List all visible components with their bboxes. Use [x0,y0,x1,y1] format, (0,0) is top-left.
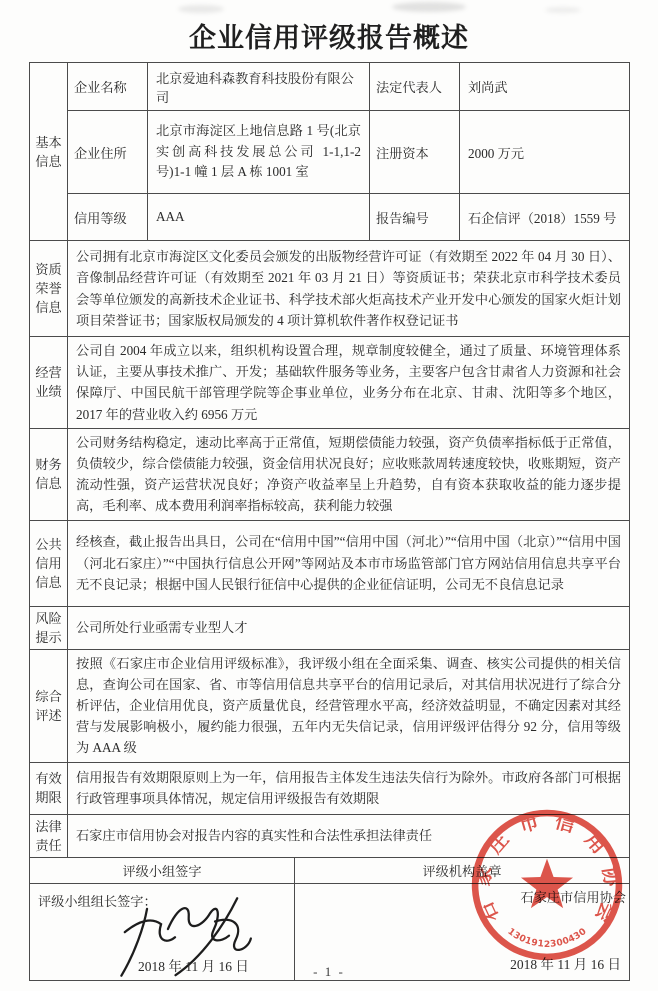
team-signature-header: 评级小组签字 [30,857,295,883]
section-label-public-credit-info: 公共信用信息 [30,520,68,606]
table-row: 企业住所 北京市海淀区上地信息路 1 号(北京实创高科技发展总公司 1-1,1-… [30,111,630,194]
report-body: 基本信息 企业名称 北京爱迪科森教育科技股份有限公司 法定代表人 刘尚武 企业住… [29,62,630,981]
section-text-financial-info: 公司财务结构稳定，速动比率高于正常值，短期偿债能力较强，资产负债率指标低于正常值… [68,428,630,520]
field-label-company-address: 企业住所 [68,111,148,194]
section-label-business-performance: 经营业绩 [30,337,68,429]
field-value-registered-capital: 2000 万元 [460,111,630,194]
field-value-legal-representative: 刘尚武 [460,63,630,111]
section-row-risk-notice: 风险提示 公司所处行业亟需专业型人才 [30,606,630,649]
org-stamp-header: 评级机构盖章 [295,857,630,883]
section-label-qualifications: 资质荣誉信息 [30,241,68,337]
page-footer: - 1 - [0,964,658,980]
scan-smudge [392,2,466,12]
field-value-credit-grade: AAA [148,194,370,241]
section-text-overall-review: 按照《石家庄市企业信用评级标准》，我评级小组在全面采集、调查、核实公司提供的相关… [68,649,630,762]
field-label-registered-capital: 注册资本 [370,111,460,194]
section-label-legal-liability: 法律责任 [30,814,68,857]
report-table: 基本信息 企业名称 北京爱迪科森教育科技股份有限公司 法定代表人 刘尚武 企业住… [29,62,630,858]
section-label-financial-info: 财务信息 [30,428,68,520]
section-row-public-credit-info: 公共信用信息 经核查，截止报告出具日，公司在“信用中国”“信用中国（河北）”“信… [30,520,630,606]
section-label-overall-review: 综合评述 [30,649,68,762]
section-row-overall-review: 综合评述 按照《石家庄市企业信用评级标准》，我评级小组在全面采集、调查、核实公司… [30,649,630,762]
scan-smudge [545,7,581,13]
section-row-qualifications: 资质荣誉信息 公司拥有北京市海淀区文化委员会颁发的出版物经营许可证（有效期至 2… [30,241,630,337]
section-row-financial-info: 财务信息 公司财务结构稳定，速动比率高于正常值，短期偿债能力较强，资产负债率指标… [30,428,630,520]
field-value-report-number: 石企信评（2018）1559 号 [460,194,630,241]
table-row: 基本信息 企业名称 北京爱迪科森教育科技股份有限公司 法定代表人 刘尚武 [30,63,630,111]
signature-table: 评级小组签字 评级机构盖章 评级小组组长签字： 20 [29,857,630,981]
field-label-company-name: 企业名称 [68,63,148,111]
field-label-report-number: 报告编号 [370,194,460,241]
table-row: 信用等级 AAA 报告编号 石企信评（2018）1559 号 [30,194,630,241]
section-label-risk-notice: 风险提示 [30,606,68,649]
field-value-company-address: 北京市海淀区上地信息路 1 号(北京实创高科技发展总公司 1-1,1-2 号)1… [148,111,370,194]
section-label-validity-period: 有效期限 [30,762,68,814]
field-label-legal-representative: 法定代表人 [370,63,460,111]
basic-info-section-label: 基本信息 [30,63,68,241]
page-title: 企业信用评级报告概述 [0,16,658,55]
section-text-legal-liability: 石家庄市信用协会对报告内容的真实性和合法性承担法律责任 [68,814,630,857]
section-text-risk-notice: 公司所处行业亟需专业型人才 [68,606,630,649]
field-value-company-name: 北京爱迪科森教育科技股份有限公司 [148,63,370,111]
section-text-public-credit-info: 经核查，截止报告出具日，公司在“信用中国”“信用中国（河北）”“信用中国（北京）… [68,520,630,606]
section-text-qualifications: 公司拥有北京市海淀区文化委员会颁发的出版物经营许可证（有效期至 2022 年 0… [68,241,630,337]
section-text-business-performance: 公司自 2004 年成立以来，组织机构设置合理，规章制度较健全，通过了质量、环境… [68,337,630,429]
section-row-validity-period: 有效期限 信用报告有效期限原则上为一年，信用报告主体发生违法失信行为除外。市政府… [30,762,630,814]
report-page: 企业信用评级报告概述 基本信息 企业名称 北京爱迪科森教育科技股份有限公司 法定… [0,0,658,991]
section-row-business-performance: 经营业绩 公司自 2004 年成立以来，组织机构设置合理，规章制度较健全，通过了… [30,337,630,429]
scan-smudge [178,5,224,13]
section-text-validity-period: 信用报告有效期限原则上为一年，信用报告主体发生违法失信行为除外。市政府各部门可根… [68,762,630,814]
section-row-legal-liability: 法律责任 石家庄市信用协会对报告内容的真实性和合法性承担法律责任 [30,814,630,857]
table-row: 评级小组签字 评级机构盖章 [30,857,630,883]
field-label-credit-grade: 信用等级 [68,194,148,241]
org-name: 石家庄市信用协会 [521,887,627,906]
